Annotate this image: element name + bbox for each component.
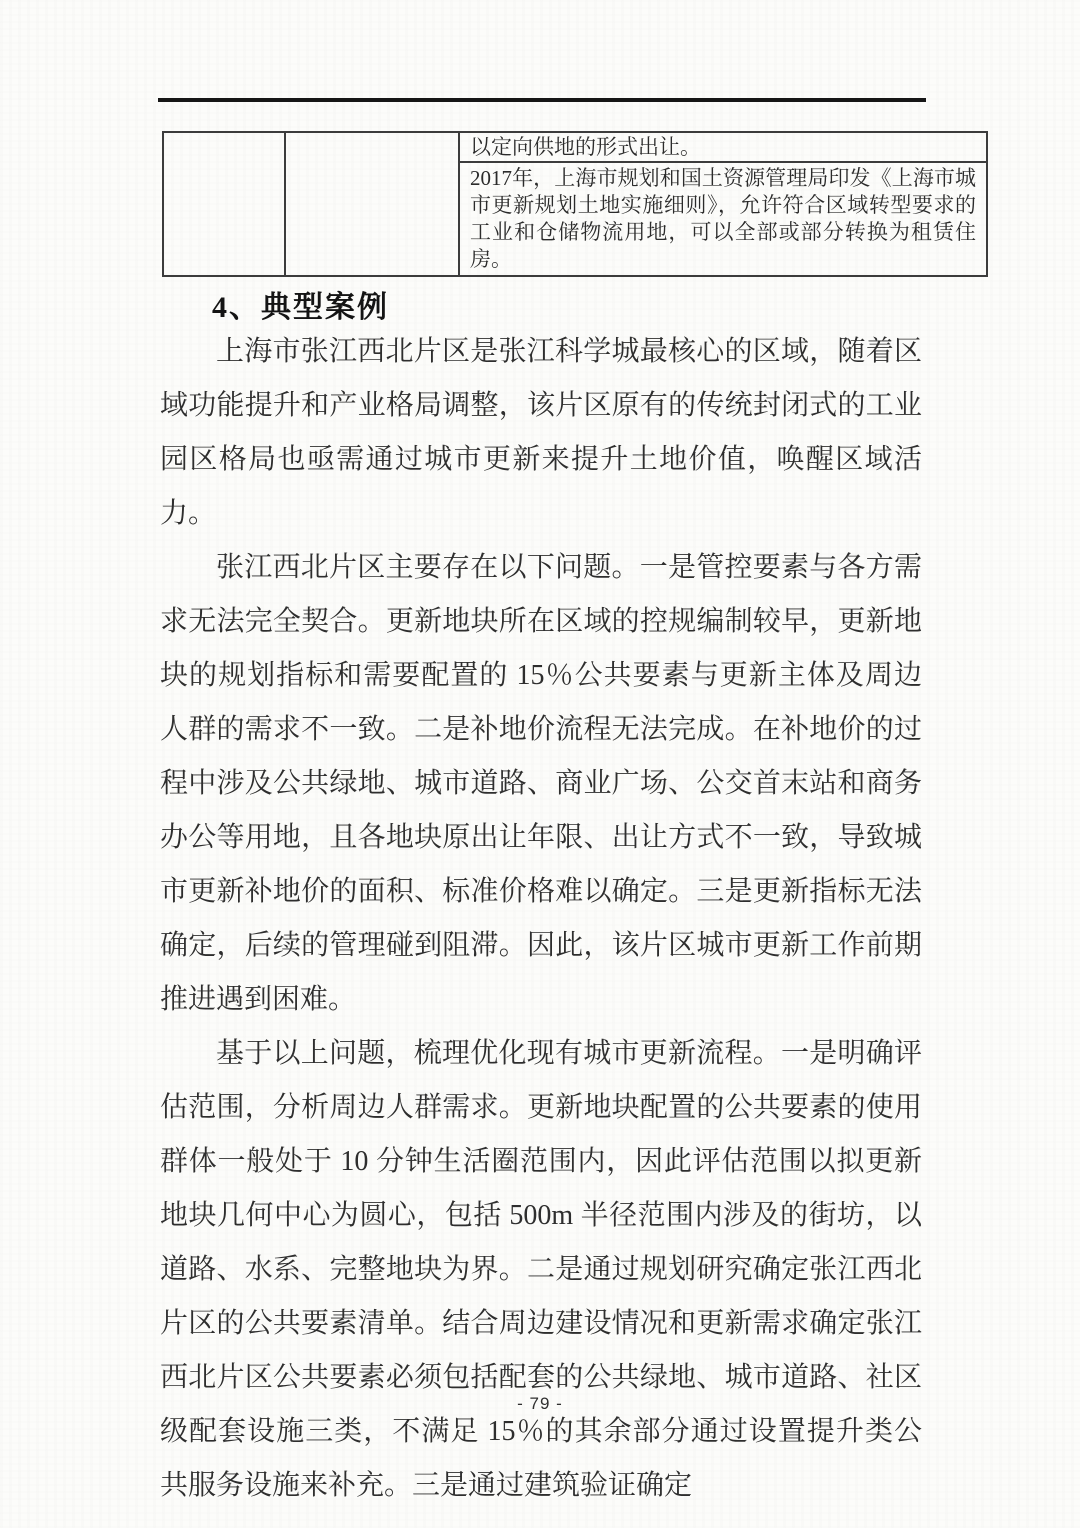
paragraph-3: 基于以上问题，梳理优化现有城市更新流程。一是明确评估范围，分析周边人群需求。更新… xyxy=(160,1027,922,1513)
body-text: 上海市张江西北片区是张江科学城最核心的区域，随着区域功能提升和产业格局调整，该片… xyxy=(160,325,922,1513)
page-number: - 79 - xyxy=(0,1394,1080,1414)
table-cell-empty-col2 xyxy=(285,132,459,276)
document-page: 以定向供地的形式出让。 2017年，上海市规划和国土资源管理局印发《上海市城市更… xyxy=(0,0,1080,1528)
header-rule xyxy=(158,98,926,102)
table-row: 以定向供地的形式出让。 xyxy=(163,132,987,162)
paragraph-2: 张江西北片区主要存在以下问题。一是管控要素与各方需求无法完全契合。更新地块所在区… xyxy=(160,541,922,1027)
policy-table: 以定向供地的形式出让。 2017年，上海市规划和国土资源管理局印发《上海市城市更… xyxy=(162,131,988,277)
table-cell-empty-col1 xyxy=(163,132,285,276)
table-cell-policy-row1: 以定向供地的形式出让。 xyxy=(459,132,987,162)
paragraph-1: 上海市张江西北片区是张江科学城最核心的区域，随着区域功能提升和产业格局调整，该片… xyxy=(160,325,922,541)
table-cell-policy-row2: 2017年，上海市规划和国土资源管理局印发《上海市城市更新规划土地实施细则》，允… xyxy=(459,162,987,276)
section-heading: 4、典型案例 xyxy=(212,282,389,326)
